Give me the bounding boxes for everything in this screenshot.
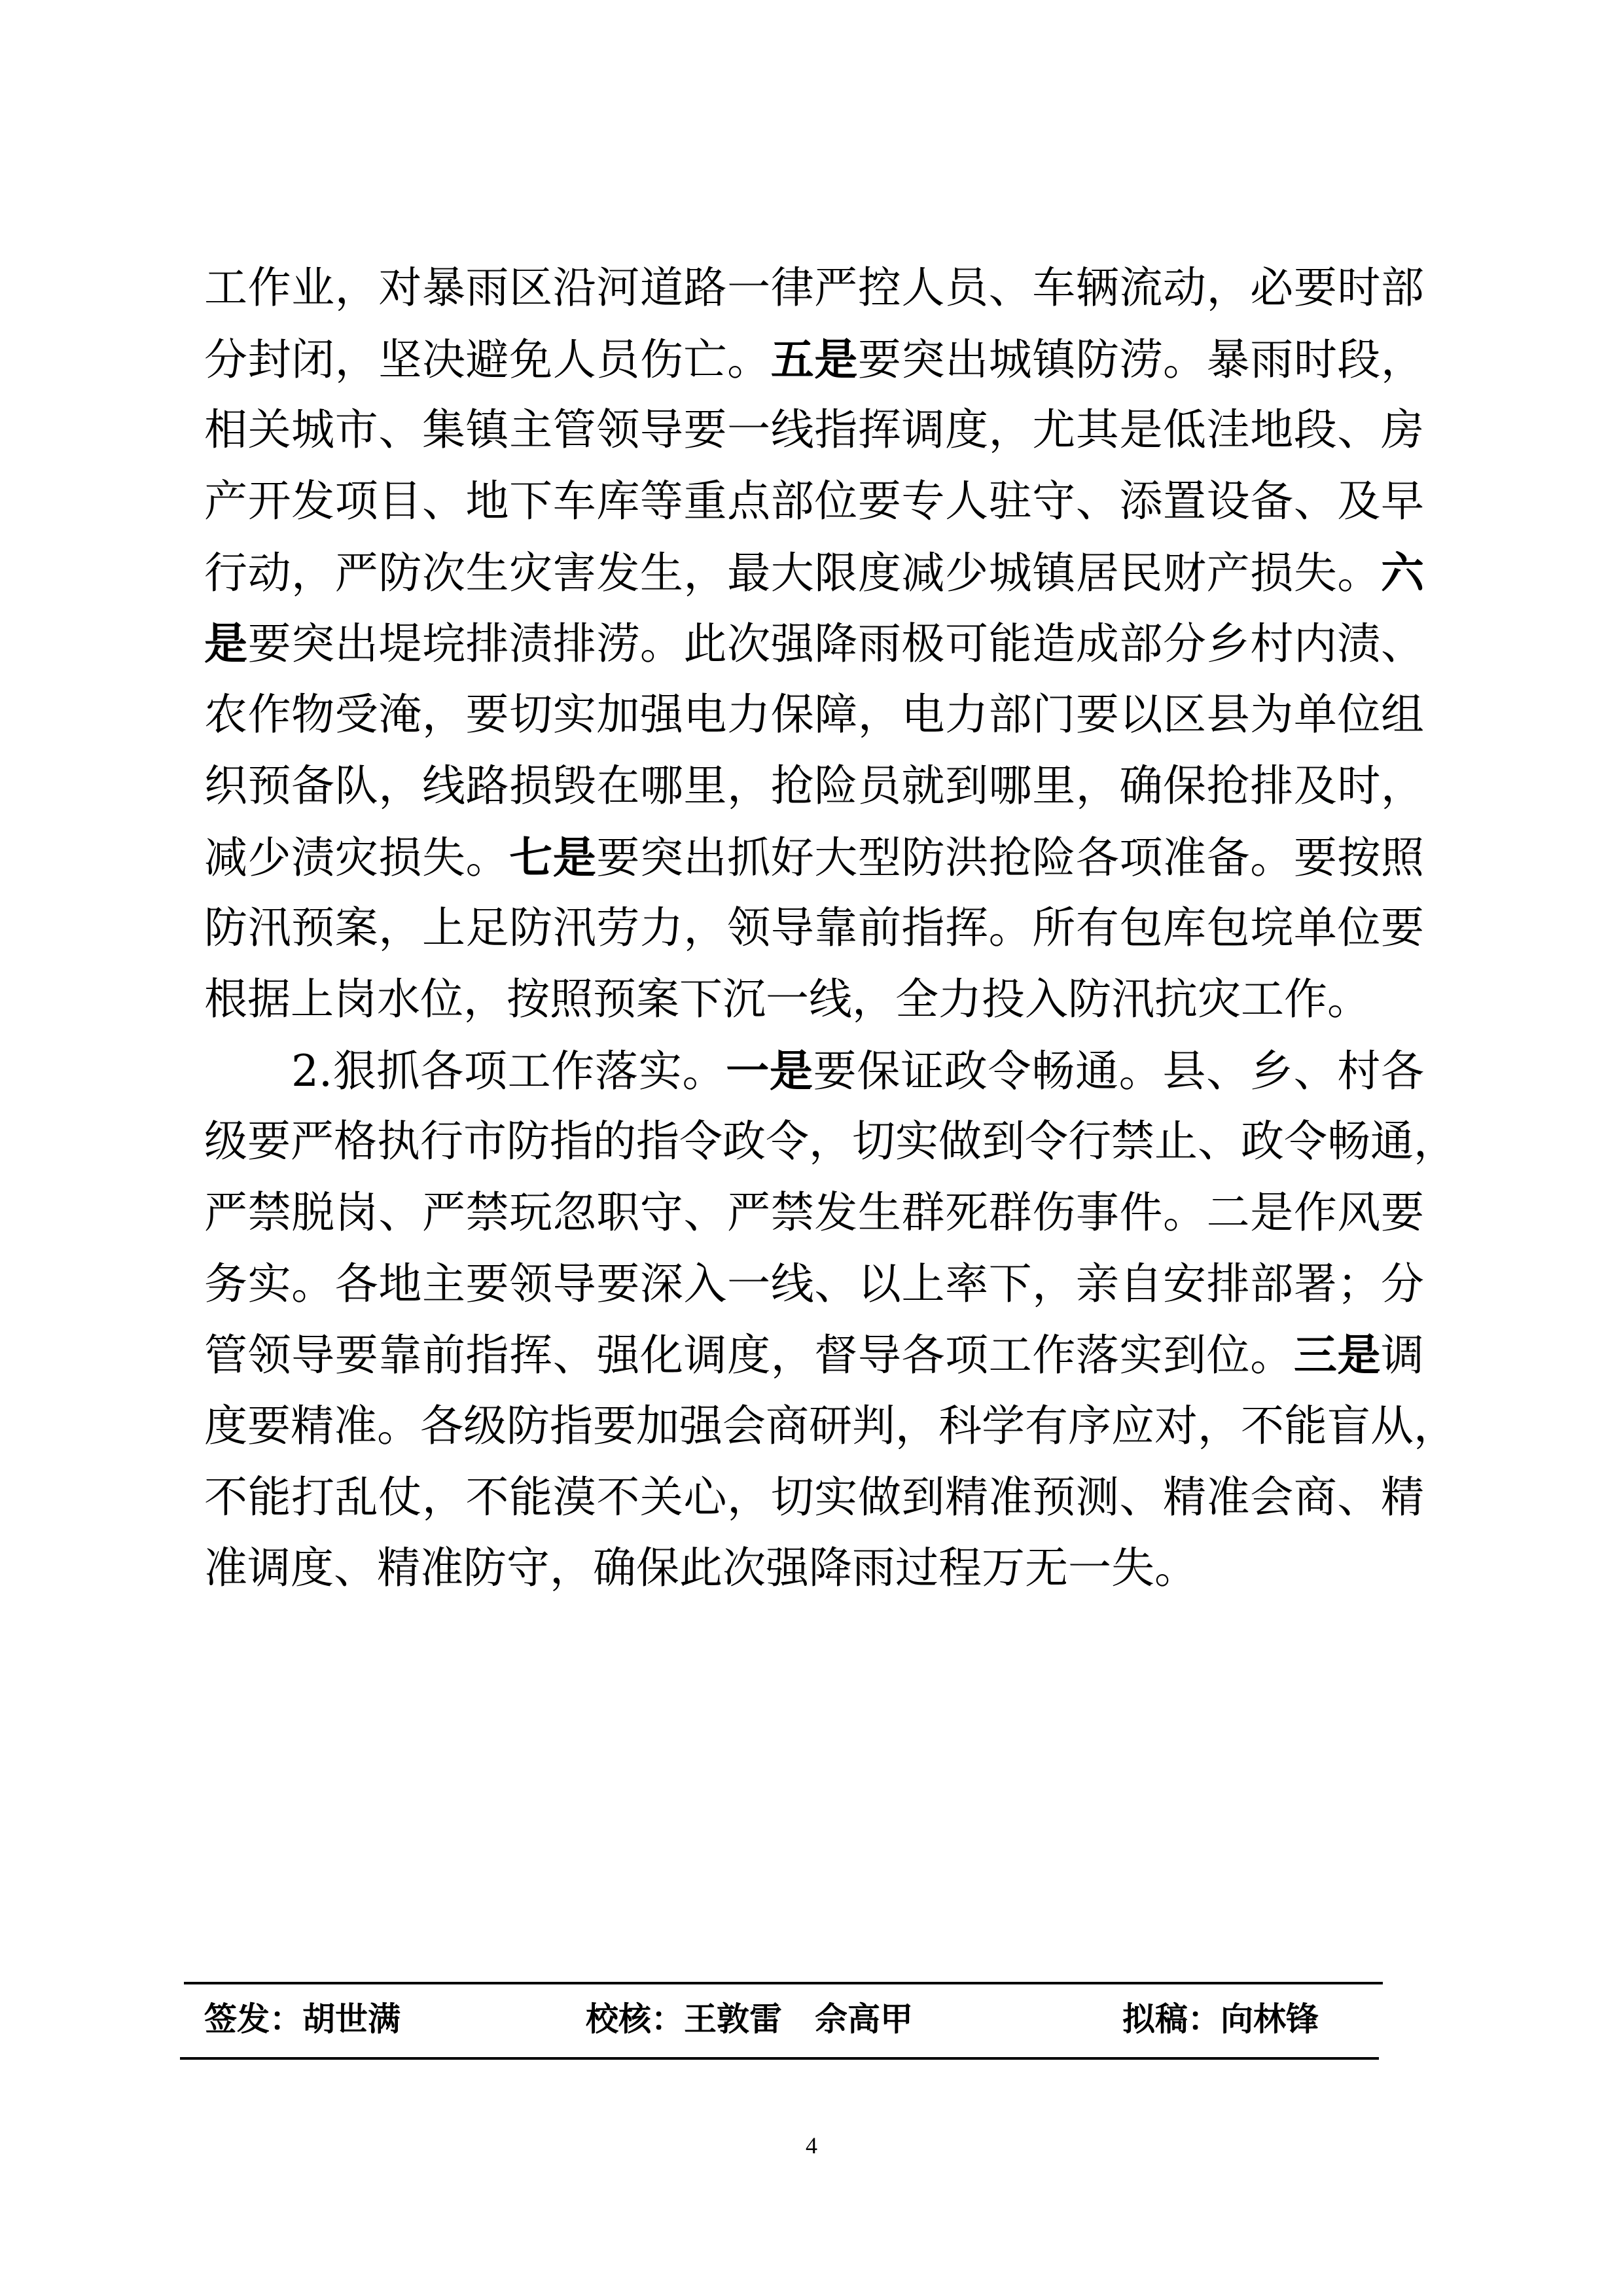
text-line: 相关城市、集镇主管领导要一线指挥调度，尤其是低洼地段、房 [204,395,1424,466]
paragraph-text: 相关城市、集镇主管领导要一线指挥调度，尤其是低洼地段、房 [204,404,1424,455]
text-line: 准调度、精准防守，确保此次强降雨过程万无一失。 [204,1533,1424,1604]
text-line: 行动，严防次生灾害发生，最大限度减少城镇居民财产损失。六 [204,537,1424,609]
text-line: 防汛预案，上足防汛劳力，领导靠前指挥。所有包库包垸单位要 [204,893,1424,964]
emphasis-text: 一是 [726,1045,813,1096]
page-number: 4 [792,2132,831,2159]
paragraph-text: 管领导要靠前指挥、强化调度，督导各项工作落实到位。 [204,1330,1294,1380]
paragraph-text: 根据上岗水位，按照预案下沉一线，全力投入防汛抗灾工作。 [204,974,1370,1024]
paragraph-text: 工作业，对暴雨区沿河道路一律严控人员、车辆流动，必要时部 [204,262,1424,313]
text-line: 织预备队，线路损毁在哪里，抢险员就到哪里，确保抢排及时， [204,751,1424,822]
emphasis-text: 是 [204,618,248,669]
text-line: 是要突出堤垸排渍排涝。此次强降雨极可能造成部分乡村内渍、 [204,608,1424,679]
drafter-label: 拟稿： [1122,2000,1221,2038]
text-line: 管领导要靠前指挥、强化调度，督导各项工作落实到位。三是调 [204,1319,1424,1391]
signature-bottom-rule [180,2057,1379,2060]
paragraph-text: 要保证政令畅通。县、乡、村各 [813,1046,1424,1096]
text-line: 严禁脱岗、严禁玩忽职守、严禁发生群死群伤事件。二是作风要 [204,1177,1424,1249]
paragraph-text: 2.狠抓各项工作落实。 [291,1046,726,1096]
drafter-name: 向林锋 [1221,2000,1319,2038]
proofreader-names: 王敦雷 佘高甲 [684,2000,913,2038]
text-line: 根据上岗水位，按照预案下沉一线，全力投入防汛抗灾工作。 [204,964,1424,1035]
paragraph-text: 要突出堤垸排渍排涝。此次强降雨极可能造成部分乡村内渍、 [248,619,1424,669]
emphasis-text: 六 [1381,547,1424,598]
text-line: 2.狠抓各项工作落实。一是要保证政令畅通。县、乡、村各 [204,1035,1424,1107]
body-text: 工作业，对暴雨区沿河道路一律严控人员、车辆流动，必要时部分封闭，坚决避免人员伤亡… [204,253,1424,1604]
drafter: 拟稿：向林锋 [1122,1996,1319,2042]
paragraph-text: 织预备队，线路损毁在哪里，抢险员就到哪里，确保抢排及时， [204,761,1424,811]
paragraph-text: 农作物受淹，要切实加强电力保障，电力部门要以区县为单位组 [204,689,1424,740]
text-line: 产开发项目、地下车库等重点部位要专人驻守、添置设备、及早 [204,466,1424,537]
emphasis-text: 三是 [1294,1329,1381,1380]
paragraph-text: 度要精准。各级防指要加强会商研判，科学有序应对，不能盲从， [204,1401,1457,1451]
text-line: 级要严格执行市防指的指令政令，切实做到令行禁止、政令畅通， [204,1106,1424,1177]
signature-top-rule [184,1982,1383,1984]
issuer-name: 胡世满 [302,2000,401,2038]
text-line: 分封闭，坚决避免人员伤亡。五是要突出城镇防涝。暴雨时段， [204,324,1424,395]
paragraph-text: 要突出城镇防涝。暴雨时段， [858,334,1424,385]
emphasis-text: 七是 [509,832,596,883]
paragraph-text: 减少渍灾损失。 [204,833,509,883]
paragraph-text: 要突出抓好大型防洪抢险各项准备。要按照 [596,833,1424,883]
paragraph-text: 级要严格执行市防指的指令政令，切实做到令行禁止、政令畅通， [204,1116,1457,1166]
text-line: 不能打乱仗，不能漠不关心，切实做到精准预测、精准会商、精 [204,1462,1424,1534]
paragraph-text: 不能打乱仗，不能漠不关心，切实做到精准预测、精准会商、精 [204,1472,1424,1522]
paragraph-text: 分封闭，坚决避免人员伤亡。 [204,334,771,385]
text-line: 务实。各地主要领导要深入一线、以上率下，亲自安排部署；分 [204,1249,1424,1320]
text-line: 度要精准。各级防指要加强会商研判，科学有序应对，不能盲从， [204,1391,1424,1462]
issuer-label: 签发： [204,2000,302,2038]
text-line: 减少渍灾损失。七是要突出抓好大型防洪抢险各项准备。要按照 [204,822,1424,893]
proofreader: 校核：王敦雷 佘高甲 [586,1996,913,2042]
paragraph-text: 防汛预案，上足防汛劳力，领导靠前指挥。所有包库包垸单位要 [204,903,1424,953]
emphasis-text: 五是 [771,334,858,385]
paragraph-text: 调 [1381,1330,1424,1380]
paragraph-text: 行动，严防次生灾害发生，最大限度减少城镇居民财产损失。 [204,548,1381,598]
proofreader-label: 校核： [586,2000,684,2038]
paragraph-text: 产开发项目、地下车库等重点部位要专人驻守、添置设备、及早 [204,476,1424,526]
text-line: 工作业，对暴雨区沿河道路一律严控人员、车辆流动，必要时部 [204,253,1424,324]
paragraph-text: 准调度、精准防守，确保此次强降雨过程万无一失。 [204,1543,1198,1593]
paragraph-text: 务实。各地主要领导要深入一线、以上率下，亲自安排部署；分 [204,1259,1424,1309]
document-page: 工作业，对暴雨区沿河道路一律严控人员、车辆流动，必要时部分封闭，坚决避免人员伤亡… [0,0,1623,2296]
text-line: 农作物受淹，要切实加强电力保障，电力部门要以区县为单位组 [204,679,1424,751]
paragraph-text: 严禁脱岗、严禁玩忽职守、严禁发生群死群伤事件。二是作风要 [204,1187,1424,1238]
signature-block: 签发：胡世满 校核：王敦雷 佘高甲 拟稿：向林锋 [0,1996,1623,2042]
issuer: 签发：胡世满 [204,1996,401,2042]
